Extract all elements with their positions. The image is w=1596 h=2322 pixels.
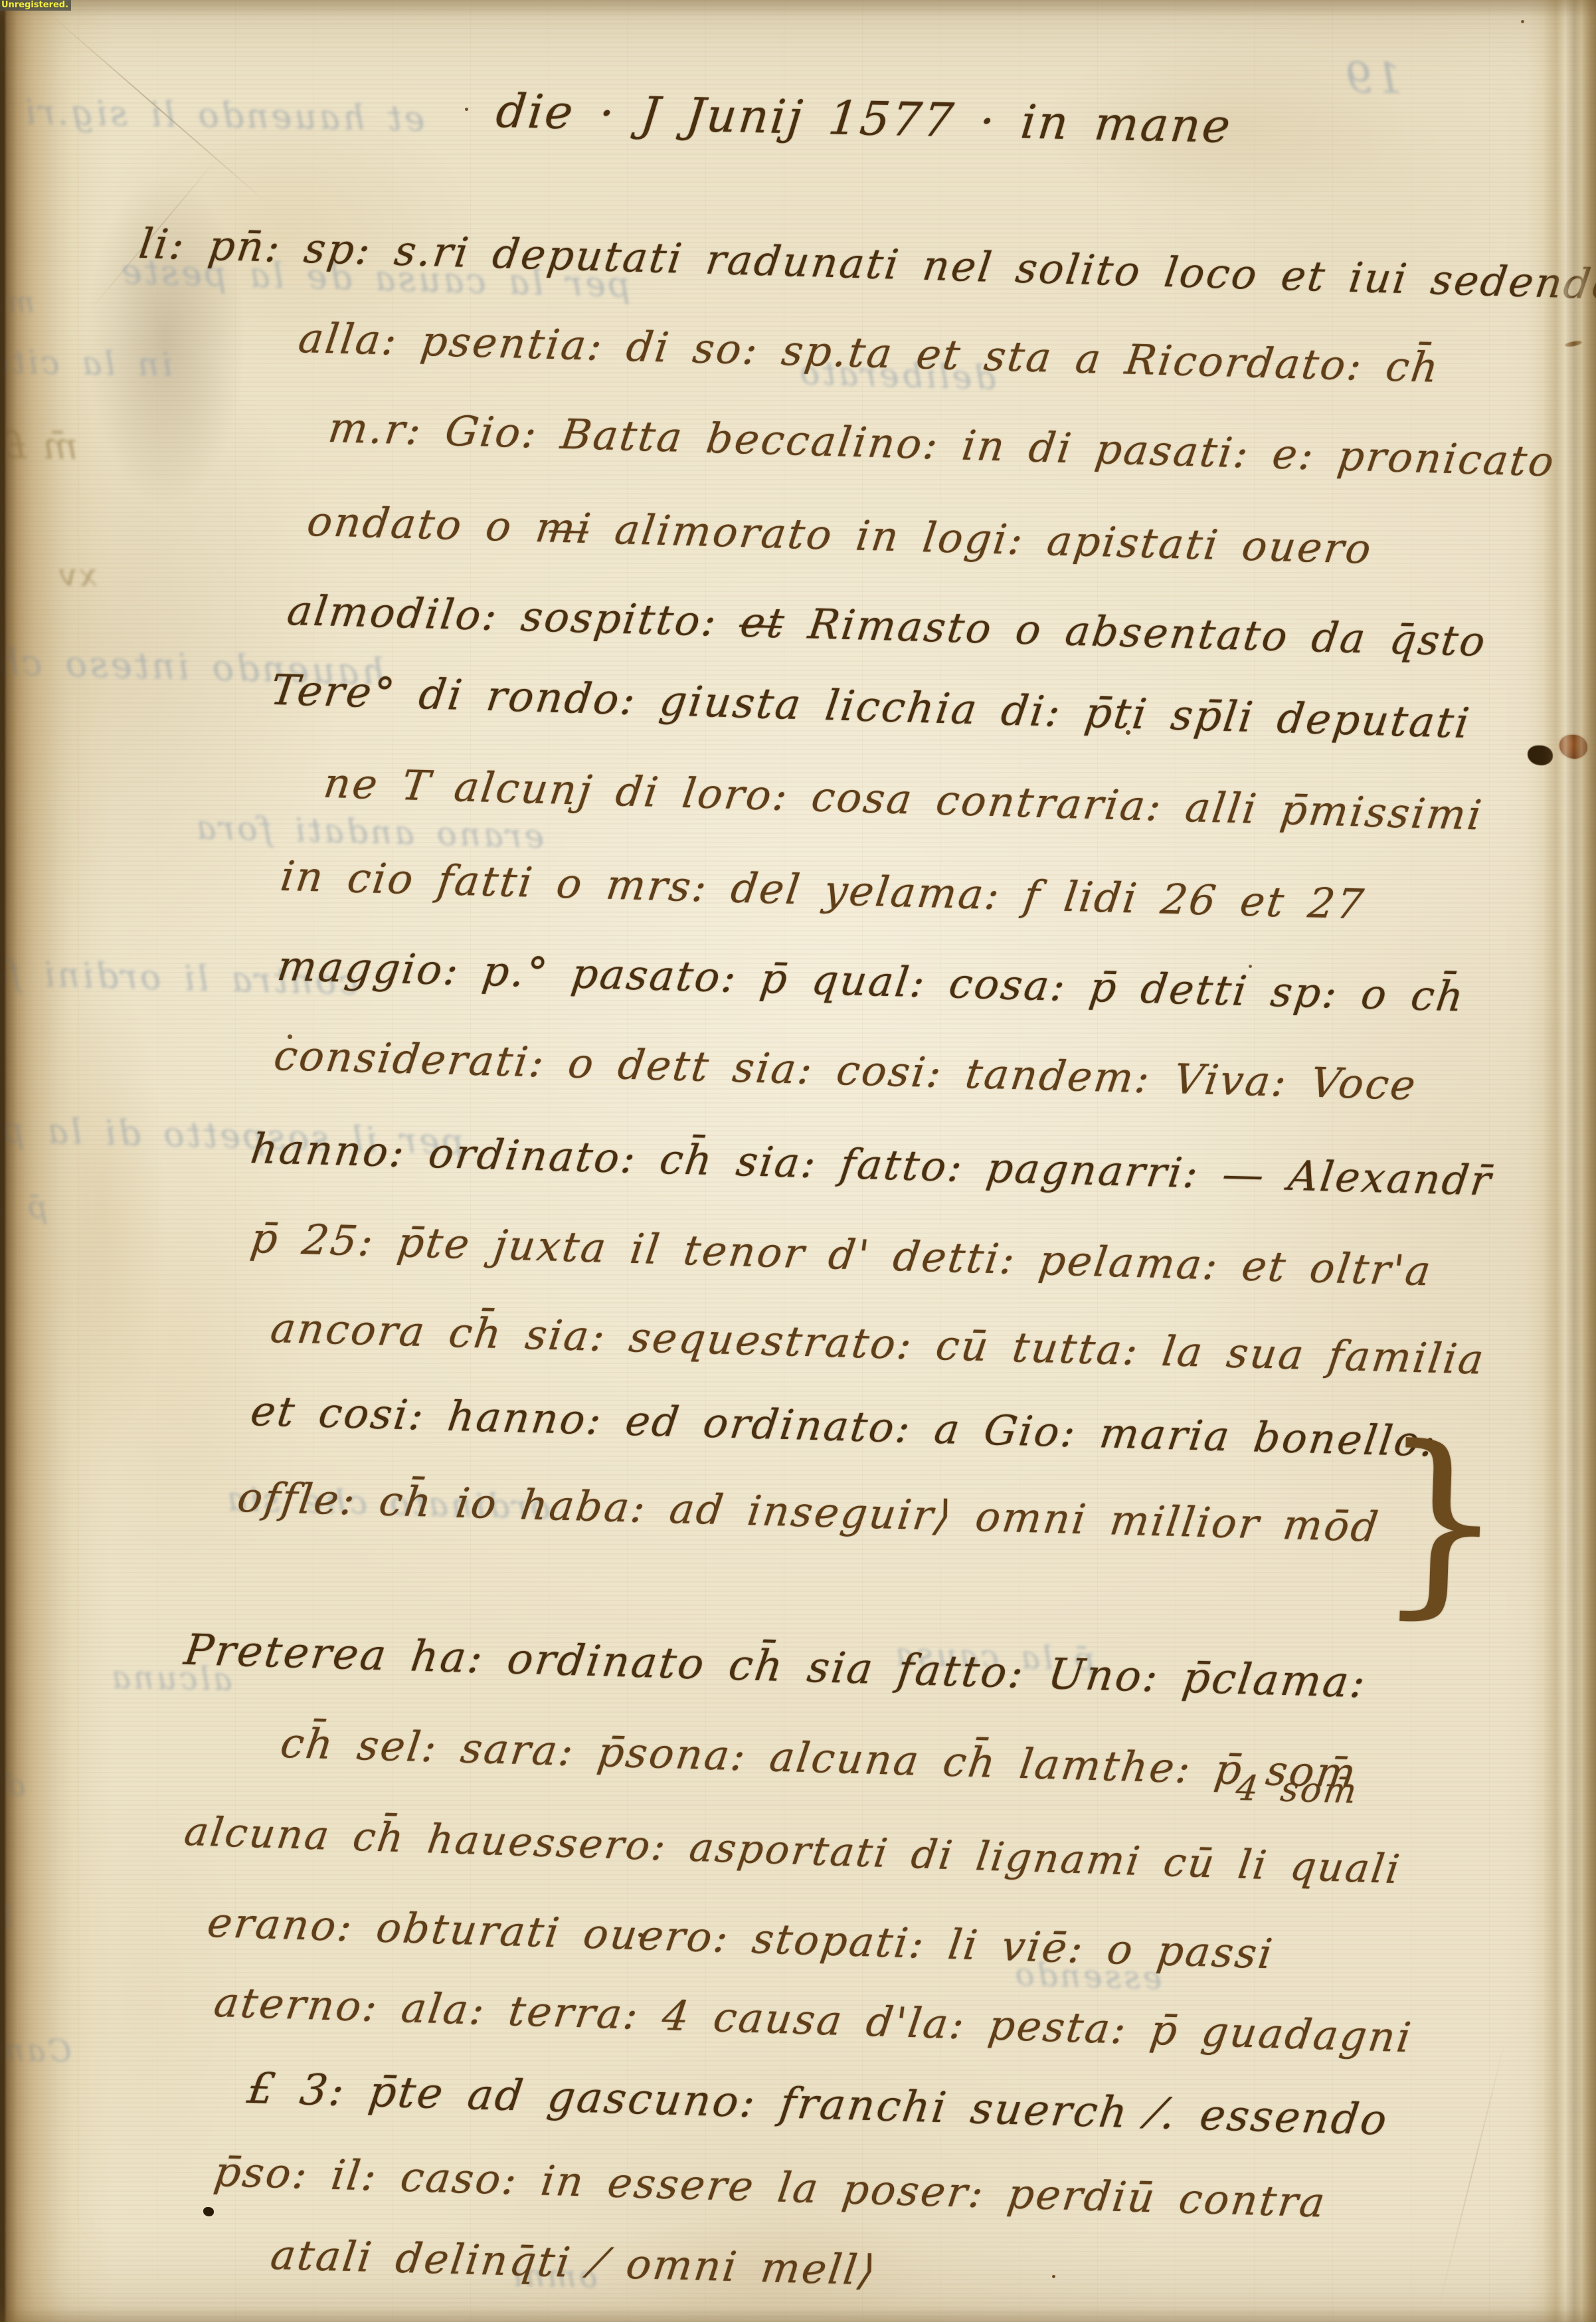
ink-soakthrough-text: xv xyxy=(57,557,97,594)
paper-specks xyxy=(465,108,468,111)
crease-line xyxy=(46,11,268,203)
verso-bleedthrough-text: hauendo inteso che alcuni xyxy=(0,636,385,693)
verso-bleedthrough-text: omni xyxy=(509,2258,598,2295)
manuscript-line: m.r: Gio: Batta beccalino: in di pasati:… xyxy=(325,403,1558,486)
verso-bleedthrough-text: erano andati fora xyxy=(193,808,545,856)
manuscript-line: ancora ch̄ sia: sequestrato: cū tutta: l… xyxy=(268,1304,1488,1384)
page-edge-fold xyxy=(1543,0,1596,2322)
manuscript-line: alcuna ch̄ hauessero: asportati di ligna… xyxy=(181,1808,1403,1893)
manuscript-line: considerati: o dett sia: cosi: tandem: V… xyxy=(271,1031,1420,1110)
manuscript-line: aterno: ala: terra: 4 causa d'la: pesta:… xyxy=(211,1978,1415,2062)
verso-bleedthrough-text: ordinato che sia xyxy=(224,1480,551,1527)
verso-bleedthrough-text: 19 xyxy=(1342,53,1403,104)
ink-blot xyxy=(1528,745,1553,765)
ink-soakthrough-text: m̄ £ 2 xyxy=(0,423,78,468)
manuscript-line: erano: obturati ouero: stopati: li viē: … xyxy=(205,1898,1277,1978)
date-heading: die · J Junij 1577 · in mane xyxy=(493,84,1235,153)
verso-bleedthrough-text: et hauendo li sig.ri xyxy=(22,92,425,140)
verso-bleedthrough-text: Camo xyxy=(0,2031,72,2069)
verso-bleedthrough-text: per il sospetto di la peste xyxy=(0,1108,465,1163)
handwritten-text-layer: li: pn̄: sp: s.ri deputati radunati nel … xyxy=(0,0,1596,2322)
manuscript-line: ondato o m̶i̶ alimorato in logi: apistat… xyxy=(304,497,1375,573)
manuscript-line: £ 3: p̄te ad gascuno: franchi suerch ⁄. … xyxy=(244,2064,1391,2145)
manuscript-line: p̄so: il: caso: in essere la poser: perd… xyxy=(211,2147,1330,2227)
verso-bleedthrough-text: per quelli xyxy=(0,1890,13,1929)
scanner-watermark: Unregistered. xyxy=(0,0,71,11)
bottom-edge-shadow xyxy=(0,2307,1596,2322)
stain xyxy=(40,963,166,1468)
manuscript-line: alla: psentia: di so: sp.ta et sta a Ric… xyxy=(296,314,1443,392)
laid-paper-texture xyxy=(0,0,1596,2322)
verso-bleedthrough-text: alcuna xyxy=(109,1659,232,1698)
stain xyxy=(598,2212,943,2322)
manuscript-page: 19et hauendo li sig.riper la causa de la… xyxy=(0,0,1596,2322)
closing-brace-flourish: } xyxy=(1375,1420,1508,1623)
manuscript-line: p̄ 25: p̄te juxta il tenor d' detti: pel… xyxy=(248,1214,1435,1295)
manuscript-line: hanno: ordinato: ch̄ sia: fatto: pagnarr… xyxy=(248,1124,1495,1205)
verso-bleedthrough-text: in la cità xyxy=(0,342,173,384)
verso-bleedthrough-text: mi xyxy=(0,286,35,320)
manuscript-line: offle: ch̄ io haba: ad inseguir⟩ omni mi… xyxy=(234,1473,1382,1551)
ink-soakthrough-text: 36 xyxy=(0,161,7,201)
binding-gutter-shadow xyxy=(0,0,73,2322)
manuscript-line: Preterea ha: ordinato ch̄ sia fatto: Uno… xyxy=(181,1626,1370,1707)
verso-bleedthrough-layer: 19et hauendo li sig.riper la causa de la… xyxy=(0,0,1596,2322)
ink-mark xyxy=(1565,339,1583,347)
manuscript-line: in cio fatti o mrs: del yelama: f lidi 2… xyxy=(278,852,1368,929)
verso-bleedthrough-text: di legnami xyxy=(0,1764,25,1803)
verso-bleedthrough-text: deliberato xyxy=(796,353,996,397)
manuscript-line: almodilo: sospitto: e̶t̶ Rimasto o absen… xyxy=(284,586,1490,666)
manuscript-line: Tere° di rondo: giusta licchia di: p̄ti … xyxy=(268,666,1474,747)
verso-bleedthrough-text: essendo xyxy=(1012,1956,1162,1997)
foxing-mottle xyxy=(0,0,1596,2322)
vignette xyxy=(0,0,1596,2322)
manuscript-line: atali delinq̄ti ⁄ omni mell⟩ xyxy=(268,2230,880,2295)
manuscript-line: ch̄ sel: sara: p̄sona: alcuna ch̄ lamthe… xyxy=(278,1719,1360,1797)
manuscript-line: 4 som̄ xyxy=(1233,1769,1361,1812)
crease-line xyxy=(1437,2033,1508,2311)
wax-stain xyxy=(1559,735,1587,759)
manuscript-line: maggio: p.° pasato: p̄ qual: cosa: p̄ de… xyxy=(274,941,1468,1021)
verso-bleedthrough-text: p̄ la causa xyxy=(893,1636,1096,1678)
verso-bleedthrough-text: per la causa de la peste xyxy=(118,252,631,306)
ink-blot xyxy=(203,2207,214,2216)
stain xyxy=(86,173,246,505)
manuscript-line: et cosi: hanno: ed ordinato: a Gio: mari… xyxy=(248,1387,1440,1466)
manuscript-line: ne T alcunj di loro: cosa contraria: all… xyxy=(321,759,1486,839)
chain-line-texture xyxy=(0,0,1596,2322)
verso-bleedthrough-text: contra li ordini fatti xyxy=(0,952,359,1003)
crease-line xyxy=(90,157,219,310)
top-edge-shadow xyxy=(0,0,1596,17)
verso-bleedthrough-text: p̄ q̄ xyxy=(0,1189,48,1225)
manuscript-line: li: pn̄: sp: s.ri deputati radunati nel … xyxy=(136,219,1596,309)
